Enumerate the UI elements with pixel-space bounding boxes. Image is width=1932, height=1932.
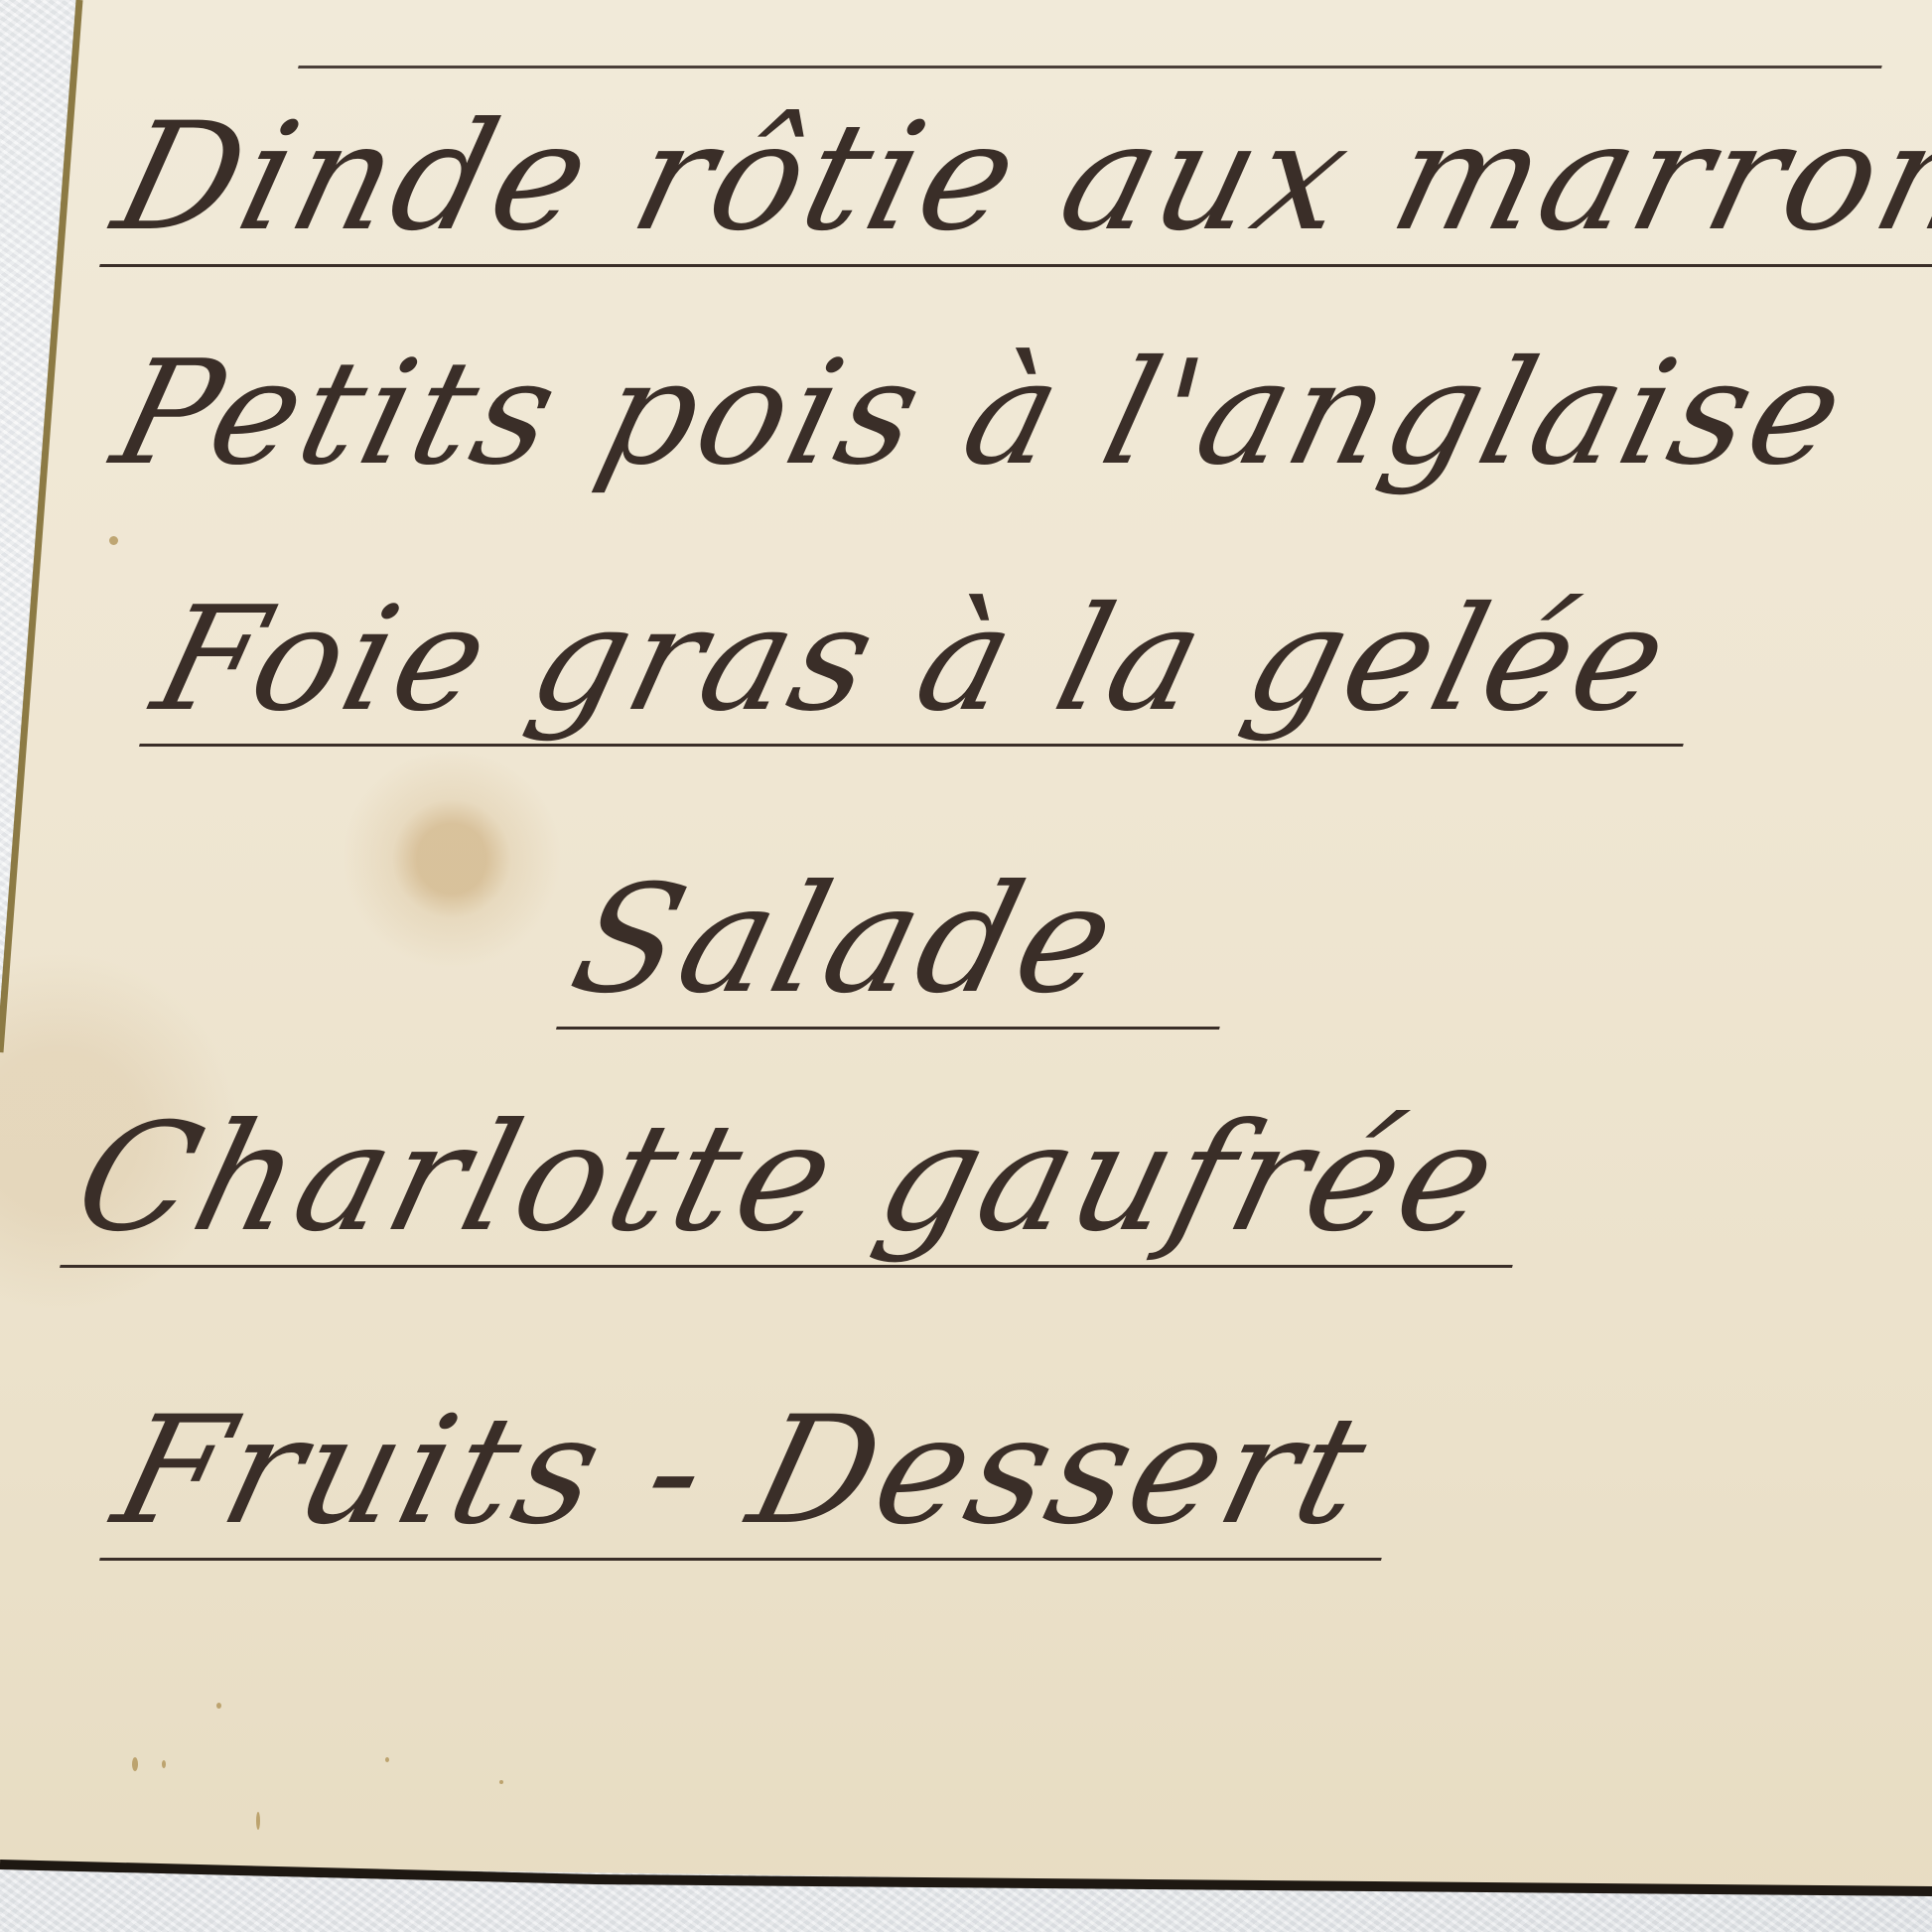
foxing-spot xyxy=(385,1757,389,1762)
menu-line-cut-off-top: mmmmm mmmmmmmmm xyxy=(298,0,1914,69)
menu-item-charlotte: Charlotte gaufrée xyxy=(60,1092,1556,1268)
foxing-spot xyxy=(109,536,118,545)
foxing-spot xyxy=(499,1780,503,1784)
foxing-spot xyxy=(132,1757,138,1771)
foxing-spot xyxy=(256,1812,260,1830)
menu-item-fruits-dessert: Fruits - Dessert xyxy=(99,1385,1426,1561)
menu-item-foie-gras: Foie gras à la gelée xyxy=(139,576,1725,747)
menu-item-petits-pois: Petits pois à l'anglaise xyxy=(99,330,1863,497)
foxing-spot xyxy=(162,1760,166,1768)
foxing-spot xyxy=(216,1703,221,1709)
photo-scene: mmmmm mmmmmmmmm Dinde rôtie aux marrons … xyxy=(0,0,1932,1932)
menu-item-salade: Salade xyxy=(556,854,1264,1030)
menu-item-dinde: Dinde rôtie aux marrons xyxy=(99,91,1932,267)
menu-card: mmmmm mmmmmmmmm Dinde rôtie aux marrons … xyxy=(0,0,1932,1932)
